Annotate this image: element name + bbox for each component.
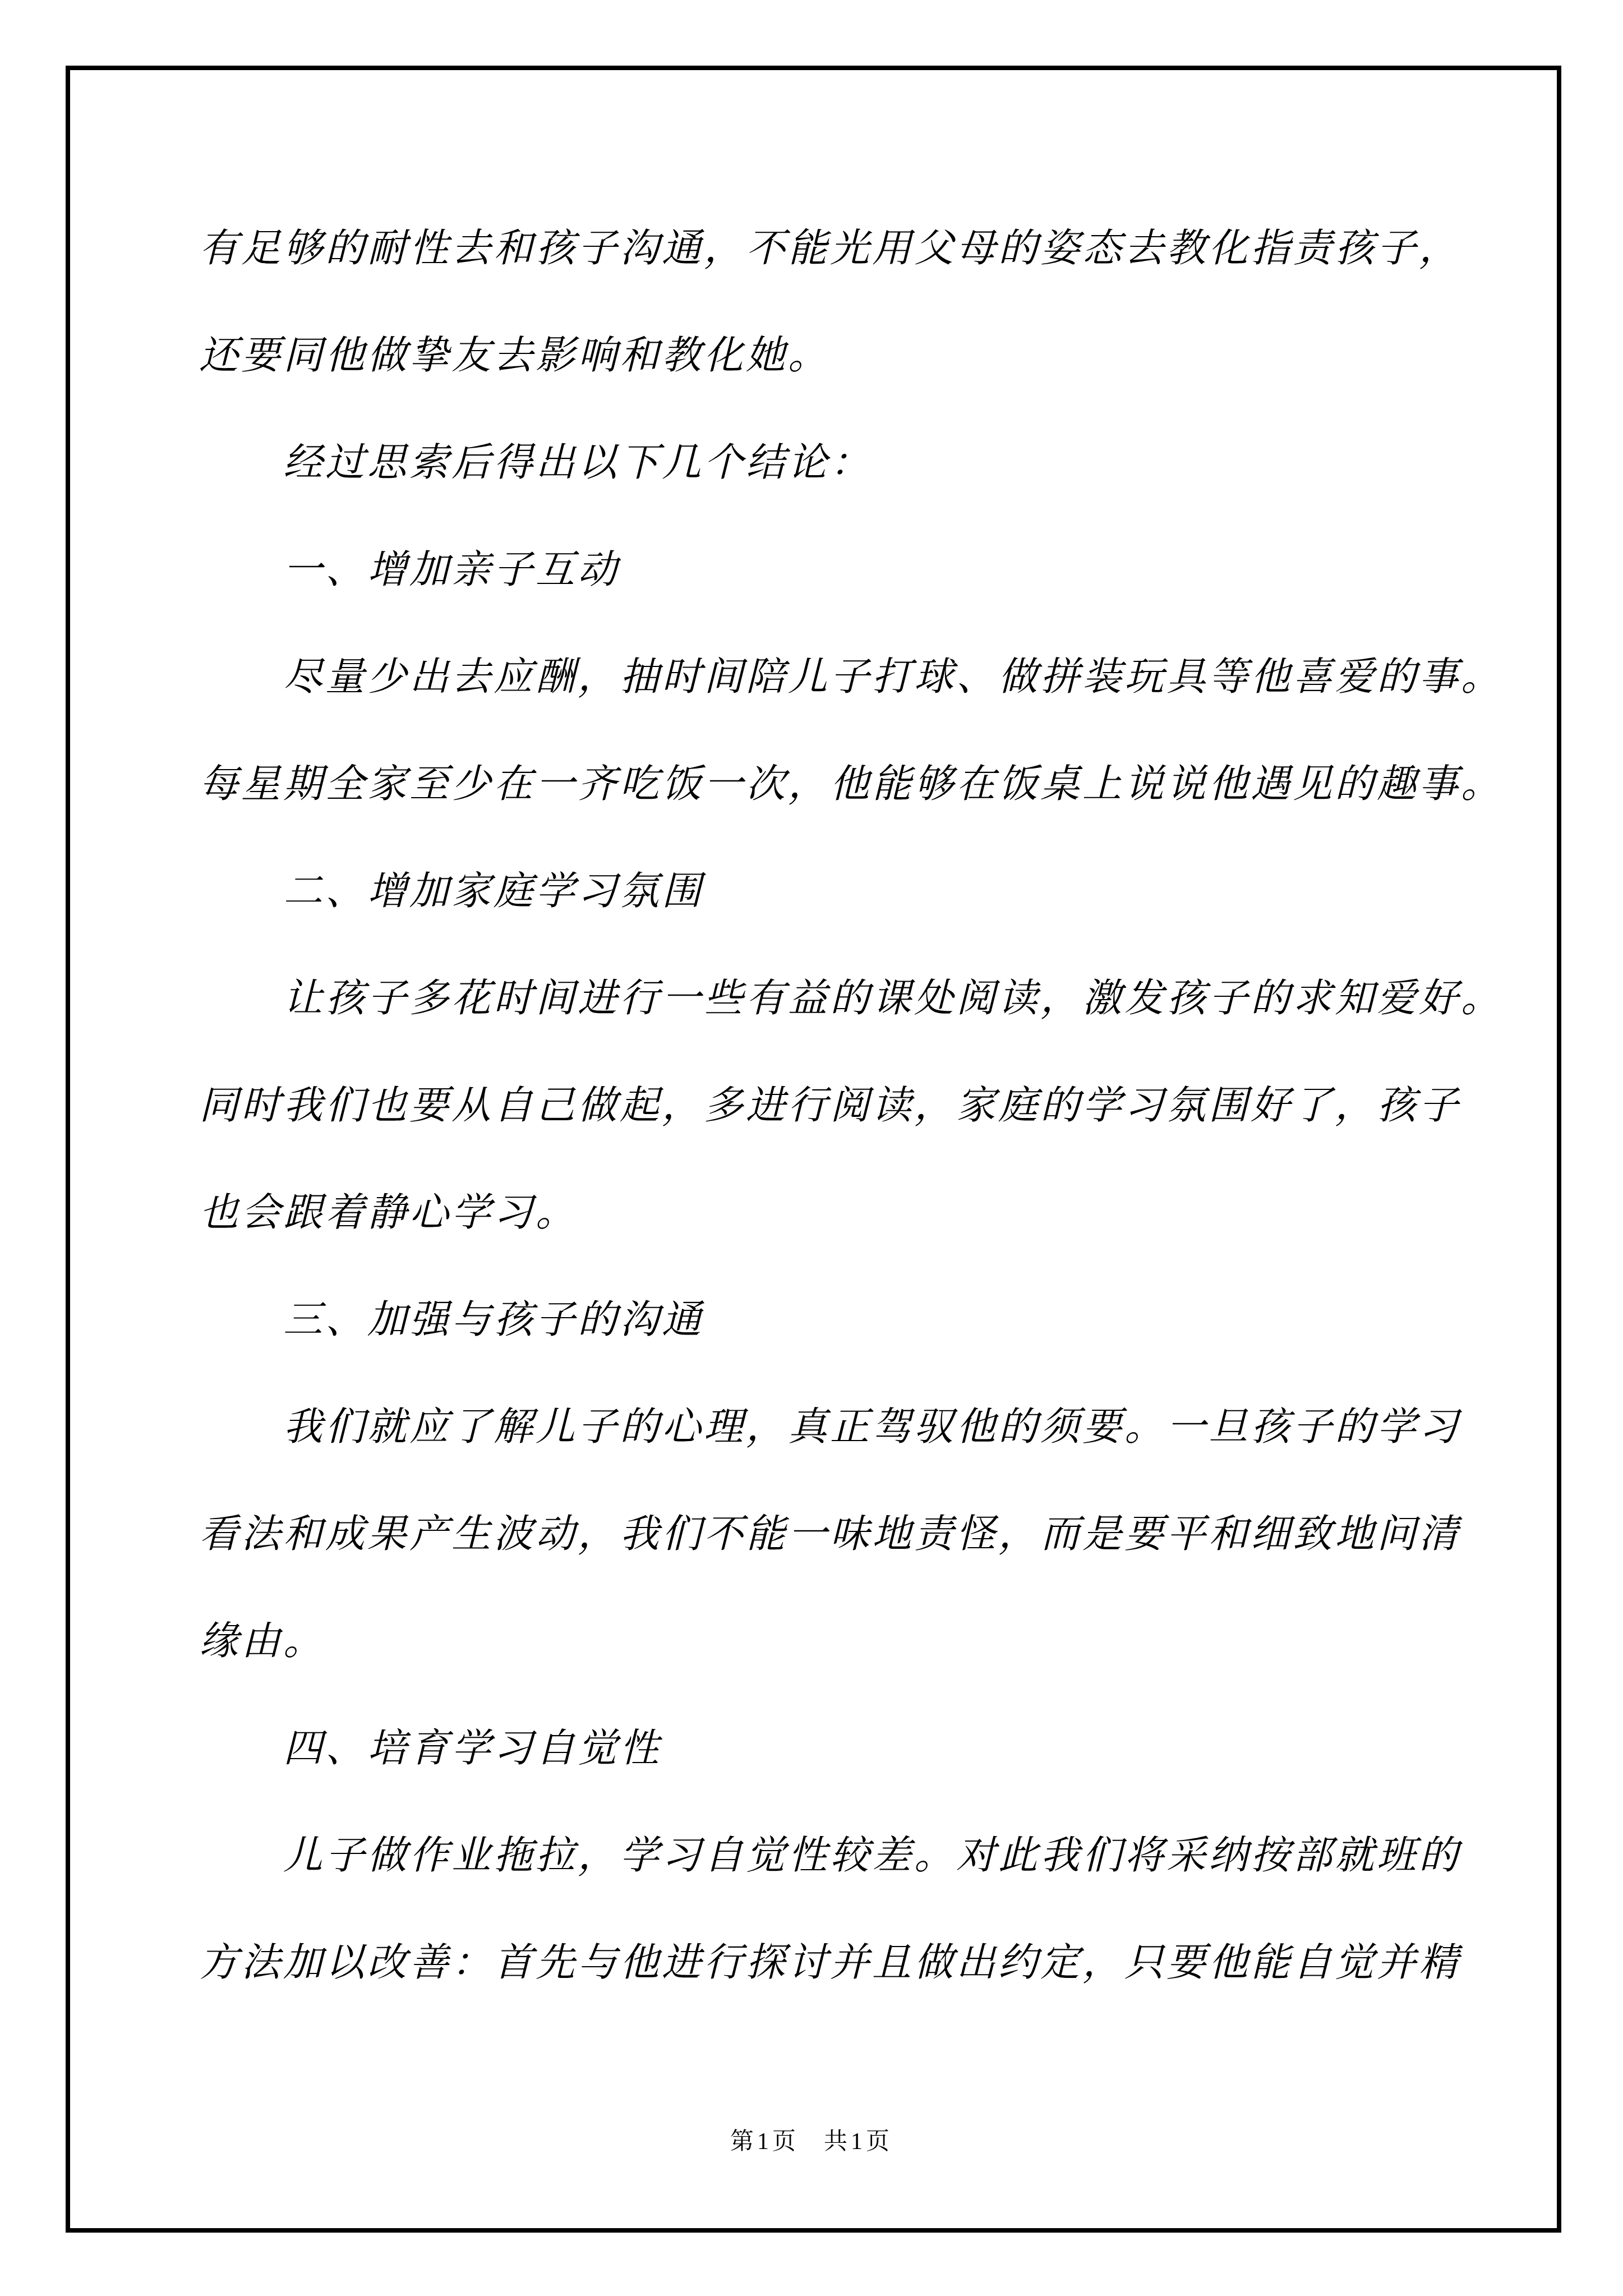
text-line: 也会跟着静心学习。	[199, 1159, 1460, 1267]
text-line: 尽量少出去应酬，抽时间陪儿子打球、做拼装玩具等他喜爱的事。	[199, 624, 1460, 731]
text-line: 方法加以改善：首先与他进行探讨并且做出约定，只要他能自觉并精	[199, 1910, 1460, 2017]
text-line: 还要同他做挚友去影响和教化她。	[199, 302, 1460, 409]
page-footer: 第1页共1页	[0, 2125, 1623, 2159]
footer-total-pages: 共1页	[824, 2129, 893, 2155]
document-body: 有足够的耐性去和孩子沟通，不能光用父母的姿态去教化指责孩子，还要同他做挚友去影响…	[199, 195, 1460, 2017]
text-line: 经过思索后得出以下几个结论：	[199, 409, 1460, 517]
text-line: 看法和成果产生波动，我们不能一味地责怪，而是要平和细致地问清	[199, 1481, 1460, 1588]
text-line: 四、培育学习自觉性	[199, 1695, 1460, 1802]
text-line: 一、增加亲子互动	[199, 517, 1460, 624]
text-line: 有足够的耐性去和孩子沟通，不能光用父母的姿态去教化指责孩子，	[199, 195, 1460, 302]
text-line: 同时我们也要从自己做起，多进行阅读，家庭的学习氛围好了，孩子	[199, 1052, 1460, 1159]
text-line: 儿子做作业拖拉，学习自觉性较差。对此我们将采纳按部就班的	[199, 1802, 1460, 1910]
text-line: 二、增加家庭学习氛围	[199, 838, 1460, 945]
text-line: 三、加强与孩子的沟通	[199, 1267, 1460, 1374]
text-line: 我们就应了解儿子的心理，真正驾驭他的须要。一旦孩子的学习	[199, 1374, 1460, 1481]
footer-page-number: 第1页	[730, 2129, 799, 2155]
text-line: 每星期全家至少在一齐吃饭一次，他能够在饭桌上说说他遇见的趣事。	[199, 731, 1460, 838]
text-line: 让孩子多花时间进行一些有益的课处阅读，激发孩子的求知爱好。	[199, 945, 1460, 1052]
text-line: 缘由。	[199, 1588, 1460, 1695]
